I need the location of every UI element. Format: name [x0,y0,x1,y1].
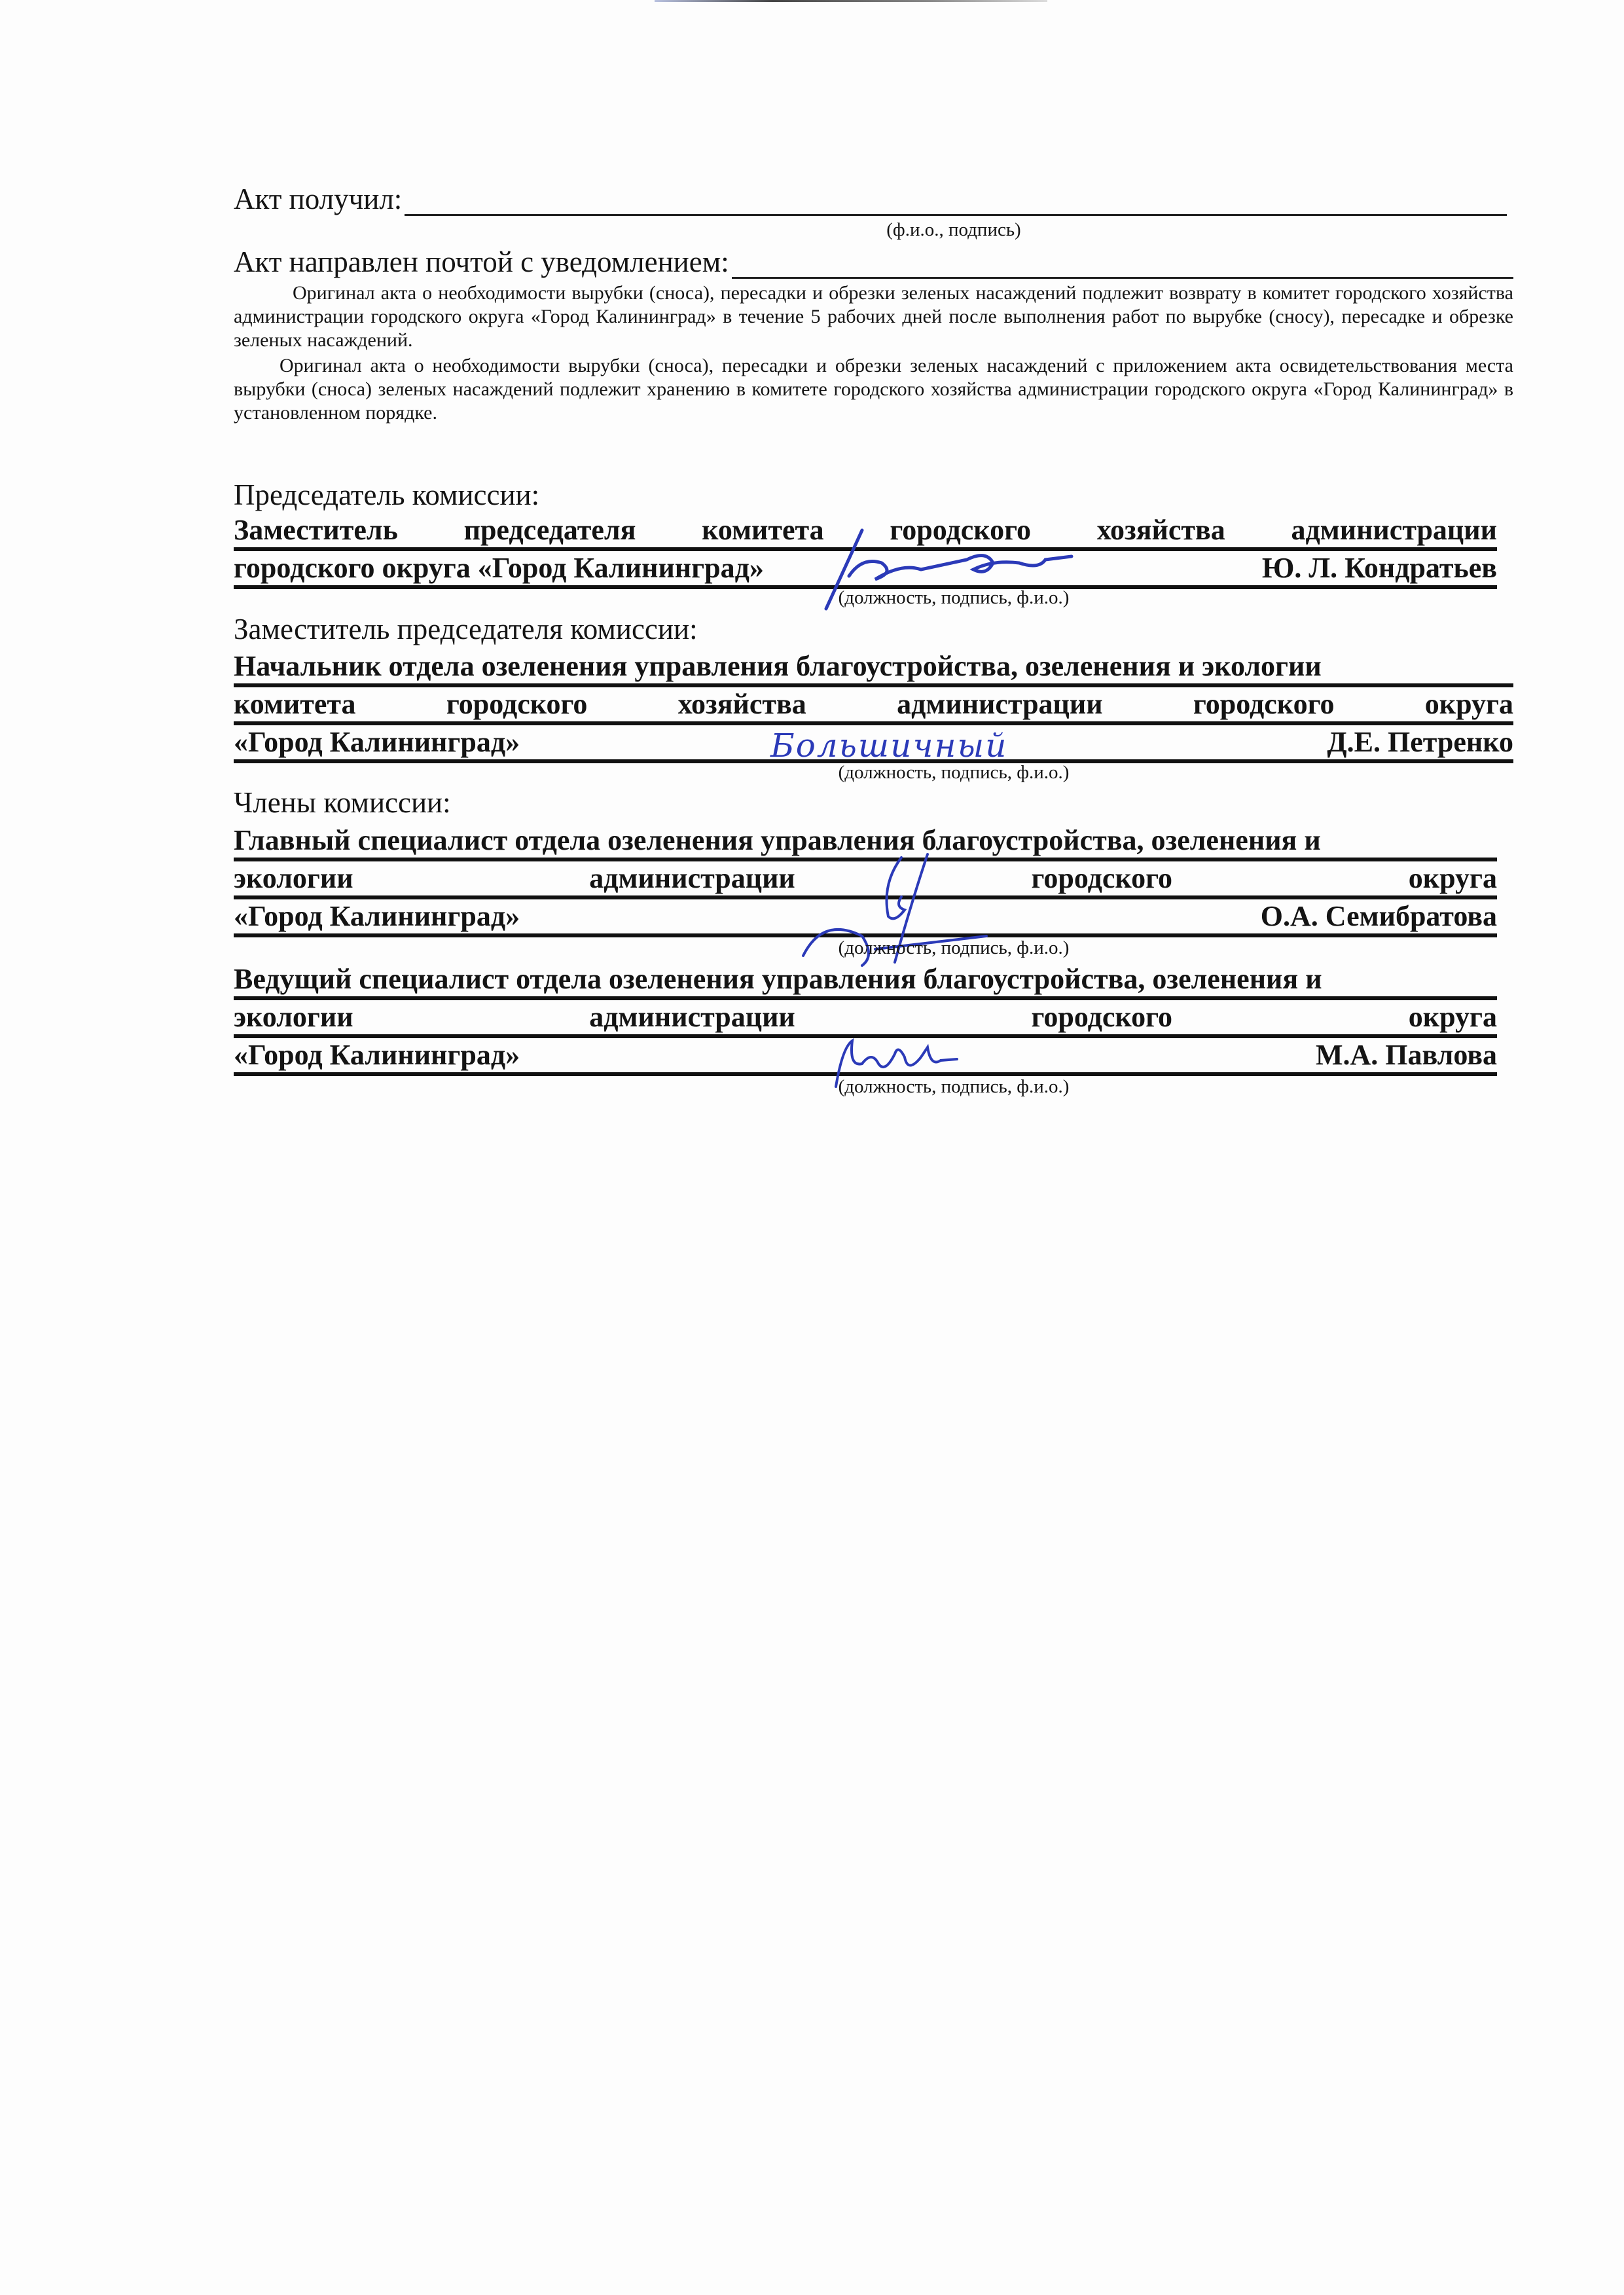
member-2-name: М.А. Павлова [1316,1038,1497,1072]
deputy-name: Д.Е. Петренко [1327,725,1513,759]
received-fill-line[interactable] [405,188,1507,216]
deputy-signature: Большичный [770,727,1007,765]
chairman-name: Ю. Л. Кондратьев [1262,551,1497,585]
sent-by-mail-label: Акт направлен почтой с уведомлением: [234,245,729,279]
scan-edge-artifact [655,0,1047,2]
sent-by-mail-fill-line[interactable] [732,251,1513,279]
deputy-section-label: Заместитель председателя комиссии: [234,612,698,646]
received-caption: (ф.и.о., подпись) [790,219,1117,241]
deputy-caption: (должность, подпись, ф.и.о.) [725,762,1183,784]
chairman-caption: (должность, подпись, ф.и.о.) [725,587,1183,609]
chairman-section-label: Председатель комиссии: [234,478,539,512]
received-row: Акт получил: [234,182,1507,216]
member-2-position-line-1: Ведущий специалист отдела озеленения упр… [234,961,1497,1000]
deputy-position-line-1: Начальник отдела озеленения управления б… [234,648,1513,687]
paragraph-return: Оригинал акта о необходимости вырубки (с… [234,281,1513,352]
paragraph-storage: Оригинал акта о необходимости вырубки (с… [234,354,1513,425]
received-label: Акт получил: [234,182,402,216]
member-1-name: О.А. Семибратова [1261,899,1497,933]
members-section-label: Члены комиссии: [234,786,451,820]
member-2-caption: (должность, подпись, ф.и.о.) [725,1076,1183,1098]
member-1-caption: (должность, подпись, ф.и.о.) [725,937,1183,959]
deputy-position-line-2: комитета городского хозяйства администра… [234,686,1513,725]
sent-by-mail-row: Акт направлен почтой с уведомлением: [234,245,1513,279]
